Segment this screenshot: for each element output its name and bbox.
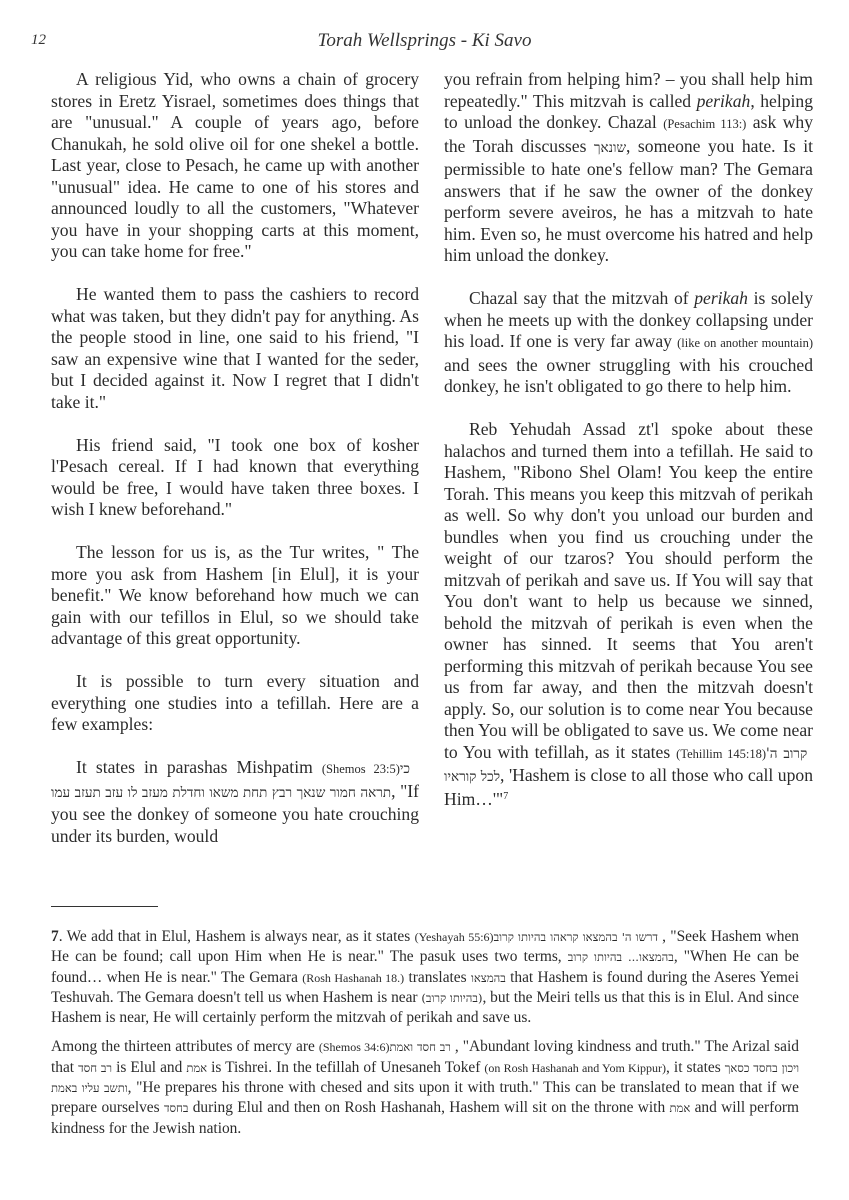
paragraph: He wanted them to pass the cashiers to r…: [51, 284, 419, 413]
text-run: Among the thirteen attributes of mercy a…: [51, 1038, 319, 1055]
paragraph: His friend said, "I took one box of kosh…: [51, 435, 419, 521]
citation: (Pesachim 113:): [663, 117, 746, 131]
paragraph: The lesson for us is, as the Tur writes,…: [51, 542, 419, 650]
paragraph: It is possible to turn every situation a…: [51, 671, 419, 736]
text-run: Reb Yehudah Assad zt'l spoke about these…: [444, 419, 813, 762]
citation: (Shemos 34:6): [319, 1040, 390, 1054]
text-run: during Elul and then on Rosh Hashanah, H…: [188, 1099, 669, 1116]
text-run: translates: [404, 969, 471, 986]
hebrew-quote: דרשו ה' בהמצאו קראהו בהיותו קרוב: [494, 930, 663, 944]
hebrew-quote: בהמצאו... בהיותו קרוב: [568, 950, 674, 964]
footnote-continuation: Among the thirteen attributes of mercy a…: [51, 1037, 799, 1137]
citation: (on Rosh Hashanah and Yom Kippur): [484, 1061, 666, 1075]
text-run: , it states: [666, 1059, 725, 1076]
running-header: 12 Torah Wellsprings - Ki Savo: [0, 30, 849, 54]
hebrew-word: רב חסד: [78, 1061, 112, 1075]
citation: (Yeshayah 55:6): [415, 930, 494, 944]
citation: (Shemos 23:5): [322, 762, 400, 776]
book-page: 12 Torah Wellsprings - Ki Savo A religio…: [0, 0, 849, 1200]
text-run: . We add that in Elul, Hashem is always …: [59, 928, 415, 945]
paragraph: Reb Yehudah Assad zt'l spoke about these…: [444, 419, 813, 810]
hebrew-word: אמת: [670, 1101, 691, 1115]
text-run: It states in parashas Mishpatim: [76, 757, 322, 777]
citation: (like on another mountain): [677, 336, 813, 350]
paragraph: you refrain from helping him? – you shal…: [444, 69, 813, 267]
paragraph: A religious Yid, who owns a chain of gro…: [51, 69, 419, 263]
text-run: and sees the owner struggling with his c…: [444, 355, 813, 397]
italic-term: perikah: [694, 288, 748, 308]
left-column: A religious Yid, who owns a chain of gro…: [51, 69, 419, 869]
hebrew-word: אמת: [186, 1061, 207, 1075]
text-run: , 'Hashem is close to all those who call…: [444, 765, 813, 809]
hebrew-word: (בהיותו קרוב): [421, 991, 482, 1005]
text-run: Chazal say that the mitzvah of: [469, 288, 694, 308]
right-column: you refrain from helping him? – you shal…: [444, 69, 813, 832]
footnote-number: 7: [51, 928, 59, 945]
paragraph: It states in parashas Mishpatim (Shemos …: [51, 757, 419, 847]
footnote-divider: [51, 906, 158, 907]
footnote-reference[interactable]: 7: [503, 791, 508, 802]
italic-term: perikah: [697, 91, 751, 111]
paragraph: Chazal say that the mitzvah of perikah i…: [444, 288, 813, 398]
hebrew-word: בהמצאו: [471, 971, 506, 985]
text-run: is Elul and: [112, 1059, 186, 1076]
book-title: Torah Wellsprings - Ki Savo: [0, 30, 849, 52]
text-run: is Tishrei. In the tefillah of Unesaneh …: [207, 1059, 484, 1076]
footnote-7: 7. We add that in Elul, Hashem is always…: [51, 927, 799, 1027]
citation: (Rosh Hashanah 18.): [302, 971, 404, 985]
hebrew-word: שונאך: [594, 140, 626, 156]
footnotes-section: 7. We add that in Elul, Hashem is always…: [51, 927, 799, 1148]
hebrew-word: בחסד: [164, 1101, 188, 1115]
citation: (Tehillim 145:18): [676, 747, 766, 761]
hebrew-quote: רב חסד ואמת: [389, 1040, 454, 1054]
